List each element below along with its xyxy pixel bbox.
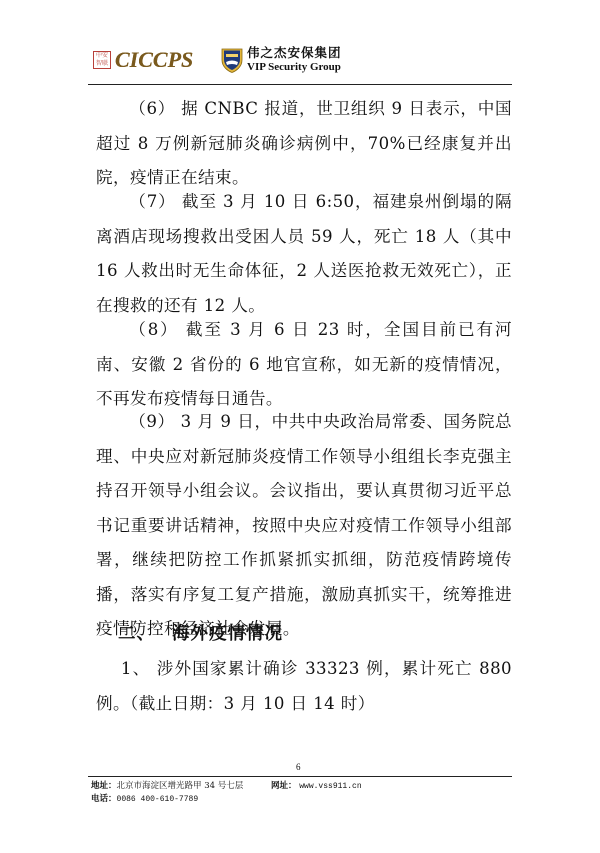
phone-label: 电话：: [91, 793, 117, 806]
page-header: 中安智联 CICCPS 伟之杰安保集团 VIP Security Group: [88, 40, 512, 84]
logo-english-name: VIP Security Group: [247, 62, 342, 73]
logo-chinese-name: 伟之杰安保集团: [247, 47, 342, 60]
section-number: 二、: [118, 620, 172, 645]
paragraph-7: （7） 截至 3 月 10 日 6:50，福建泉州倒塌的隔离酒店现场搜救出受困人…: [96, 185, 512, 323]
website-link[interactable]: www.vss911.cn: [299, 782, 361, 791]
page-footer: 地址：北京市海淀区增光路甲 34 号七层 网址： www.vss911.cn 电…: [91, 780, 511, 806]
footer-divider: [88, 776, 512, 777]
document-page: 中安智联 CICCPS 伟之杰安保集团 VIP Security Group （…: [0, 0, 600, 853]
paragraph-6: （6） 据 CNBC 报道，世卫组织 9 日表示，中国超过 8 万例新冠肺炎确诊…: [96, 92, 512, 196]
address-label: 地址：: [91, 781, 117, 791]
address-value: 北京市海淀区增光路甲 34 号七层: [117, 781, 244, 791]
section-title: 海外疫情情况: [172, 624, 283, 644]
paragraph-8: （8） 截至 3 月 6 日 23 时，全国目前已有河南、安徽 2 省份的 6 …: [96, 313, 512, 417]
ciccps-logo: 中安智联 CICCPS: [93, 46, 193, 74]
header-divider: [88, 84, 512, 85]
list-item-1: 1、 涉外国家累计确诊 33323 例，累计死亡 880 例。（截止日期：3 月…: [96, 652, 512, 721]
shield-icon: [221, 47, 243, 73]
vip-security-logo: 伟之杰安保集团 VIP Security Group: [221, 42, 342, 78]
ciccps-wordmark: CICCPS: [115, 47, 193, 73]
website-label: 网址：: [271, 781, 297, 791]
section-heading: 二、海外疫情情况: [118, 620, 283, 645]
phone-value: 0086 400-610-7789: [117, 793, 199, 806]
paragraph-9: （9） 3 月 9 日，中共中央政治局常委、国务院总理、中央应对新冠肺炎疫情工作…: [96, 405, 512, 647]
page-number: 6: [296, 762, 301, 772]
seal-icon: 中安智联: [93, 51, 111, 69]
